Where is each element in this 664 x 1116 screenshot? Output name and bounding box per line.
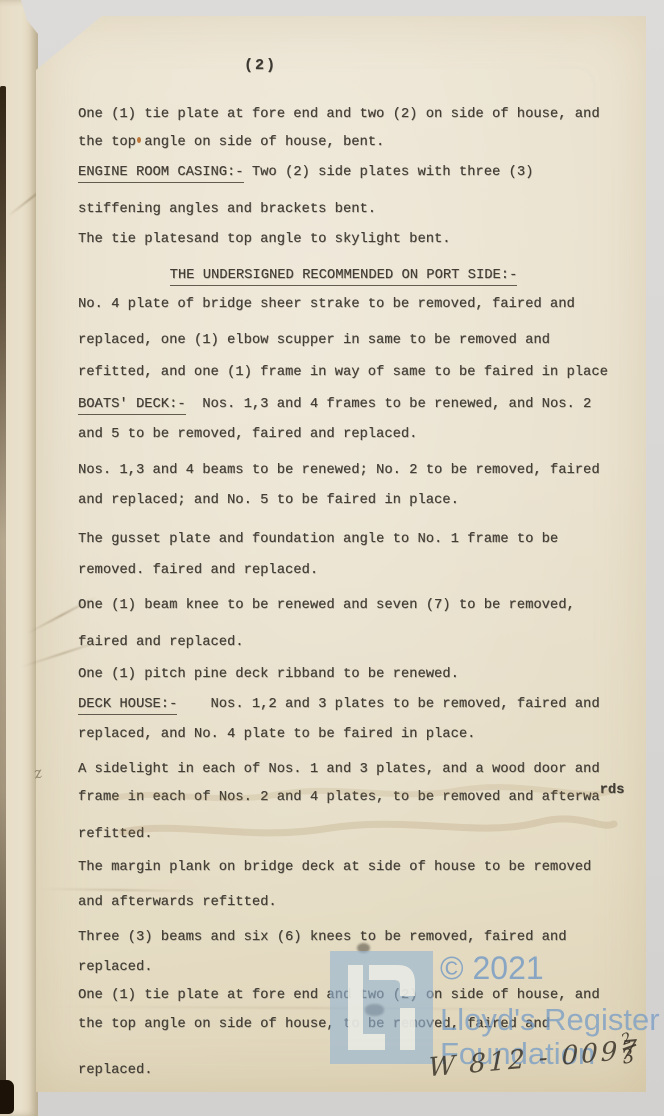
underlined-heading: ENGINE ROOM CASING:- xyxy=(78,165,244,183)
typed-line: stiffening angles and brackets bent. xyxy=(78,202,376,217)
typed-line: DECK HOUSE:- Nos. 1,2 and 3 plates to be… xyxy=(78,697,600,712)
underlined-heading: DECK HOUSE:- xyxy=(78,697,177,715)
typed-line: replaced, and No. 4 plate to be faired i… xyxy=(78,727,475,742)
typed-line: the top angle on side of house, to be re… xyxy=(78,1017,550,1032)
scan-dark-corner xyxy=(0,1080,14,1114)
typed-line: The tie platesand top angle to skylight … xyxy=(78,232,451,247)
typed-line: removed. faired and replaced. xyxy=(78,563,318,578)
typed-line: replaced. xyxy=(78,1063,153,1078)
typed-line: One (1) tie plate at fore end and two (2… xyxy=(78,107,600,122)
ink-smudge xyxy=(357,943,370,953)
typed-line: faired and replaced. xyxy=(78,635,244,650)
ink-speck xyxy=(137,137,141,143)
showthrough-handwriting xyxy=(100,780,620,855)
typed-line: Nos. 1,3 and 4 beams to be renewed; No. … xyxy=(78,463,600,478)
typed-line: replaced, one (1) elbow scupper in same … xyxy=(78,333,550,348)
typed-line: and afterwards refitted. xyxy=(78,895,277,910)
typed-line: replaced. xyxy=(78,960,153,975)
typed-line: The margin plank on bridge deck at side … xyxy=(78,860,591,875)
typed-line: BOATS' DECK:- Nos. 1,3 and 4 frames to b… xyxy=(78,397,591,412)
underlined-heading: BOATS' DECK:- xyxy=(78,397,186,415)
scan-dark-edge xyxy=(0,86,6,1096)
typed-line: No. 4 plate of bridge sheer strake to be… xyxy=(78,297,575,312)
typed-line: the top angle on side of house, bent. xyxy=(78,135,384,150)
page-number: (2) xyxy=(244,57,277,74)
typed-line: Three (3) beams and six (6) knees to be … xyxy=(78,930,567,945)
document-page: (2) One (1) tie plate at fore end and tw… xyxy=(36,16,646,1092)
typed-line: A sidelight in each of Nos. 1 and 3 plat… xyxy=(78,762,600,777)
typed-line: One (1) tie plate at fore end and two (2… xyxy=(78,988,600,1003)
typed-line: THE UNDERSIGNED RECOMMENDED ON PORT SIDE… xyxy=(78,268,609,283)
typed-line: One (1) pitch pine deck ribband to be re… xyxy=(78,667,459,682)
ink-smudge xyxy=(365,1004,384,1016)
typed-line: and replaced; and No. 5 to be faired in … xyxy=(78,493,459,508)
underlined-heading: THE UNDERSIGNED RECOMMENDED ON PORT SIDE… xyxy=(170,268,518,286)
typed-line: The gusset plate and foundation angle to… xyxy=(78,532,558,547)
typed-line: One (1) beam knee to be renewed and seve… xyxy=(78,598,575,613)
typed-line: and 5 to be removed, faired and replaced… xyxy=(78,427,417,442)
typed-line: refitted, and one (1) frame in way of sa… xyxy=(78,365,608,380)
scanned-document: (2) One (1) tie plate at fore end and tw… xyxy=(0,0,664,1116)
typed-line: ENGINE ROOM CASING:- Two (2) side plates… xyxy=(78,165,533,180)
